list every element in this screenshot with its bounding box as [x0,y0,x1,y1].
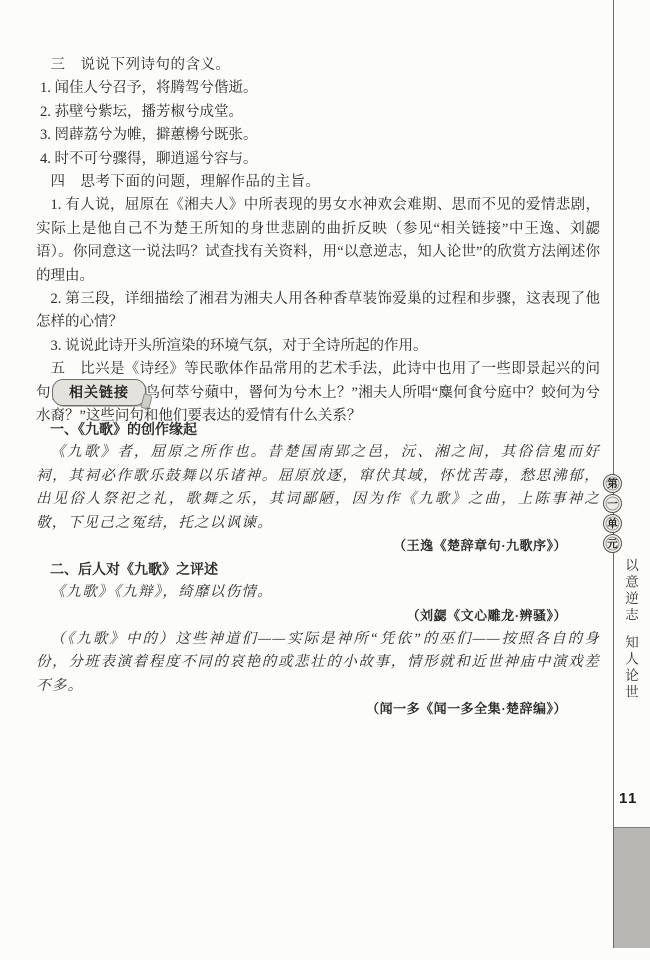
related-links-section: 相关链接 一、《九歌》的创作缘起 《九歌》者，屈原之所作也。昔楚国南郢之邑，沅、… [0,378,650,721]
wenyiduo-citation: （闻一多《闻一多全集·楚辞编》） [36,700,600,718]
unit-motto-line-1: 以意逆志 [620,558,640,624]
unit-motto: 以意逆志 知人论世 [620,558,640,701]
link-one-heading: 一、《九歌》的创作缘起 [36,418,600,441]
exercise-four-item-1: 1. 有人说，屈原在《湘夫人》中所表现的男女水神欢会难期、思而不见的爱情悲剧，实… [36,194,600,288]
unit-marker: 第 一 单 元 [603,474,622,554]
related-links-badge: 相关链接 [52,379,146,406]
wangyi-quote: 《九歌》者，屈原之所作也。昔楚国南郢之邑，沅、湘之间，其俗信鬼而好祠，其祠必作歌… [36,441,600,535]
unit-char-circle-4: 元 [603,534,622,553]
liuxie-quote: 《九歌》《九辩》，绮靡以伤情。 [36,581,600,604]
exercise-three-item-2: 2. 荪壁兮紫坛，播芳椒兮成堂。 [36,101,600,124]
wenyiduo-quote: （《九歌》中的）这些神道们——实际是神所“凭依”的巫们——按照各自的身份，分班表… [36,628,600,698]
page-edge-tab [614,827,650,948]
related-links-badge-label: 相关链接 [69,384,129,400]
exercises-section: 三 说说下列诗句的含义。 1. 闻佳人兮召予，将腾驾兮偕逝。 2. 荪壁兮紫坛，… [0,54,650,429]
exercise-four-heading: 四 思考下面的问题，理解作品的主旨。 [36,171,600,194]
unit-motto-line-2: 知人论世 [620,635,640,701]
liuxie-citation: （刘勰《文心雕龙·辨骚》） [36,607,600,625]
exercise-three-item-1: 1. 闻佳人兮召予，将腾驾兮偕逝。 [36,77,600,100]
exercise-four-item-3: 3. 说说此诗开头所渲染的环境气氛，对于全诗所起的作用。 [36,335,600,358]
wangyi-citation: （王逸《楚辞章句·九歌序》） [36,537,600,555]
unit-char-circle-1: 第 [603,474,622,493]
link-two-heading: 二、后人对《九歌》之评述 [36,558,600,581]
exercise-three-heading: 三 说说下列诗句的含义。 [36,54,600,77]
page-number: 11 [619,790,638,807]
exercise-three-item-4: 4. 时不可兮骤得，聊逍遥兮容与。 [36,148,600,171]
unit-char-circle-2: 一 [603,494,622,513]
unit-char-circle-3: 单 [603,514,622,533]
exercise-three-item-3: 3. 罔薜荔兮为帷，擗蕙櫋兮既张。 [36,124,600,147]
exercise-four-item-2: 2. 第三段，详细描绘了湘君为湘夫人用各种香草装饰爱巢的过程和步骤，这表现了他怎… [36,288,600,335]
